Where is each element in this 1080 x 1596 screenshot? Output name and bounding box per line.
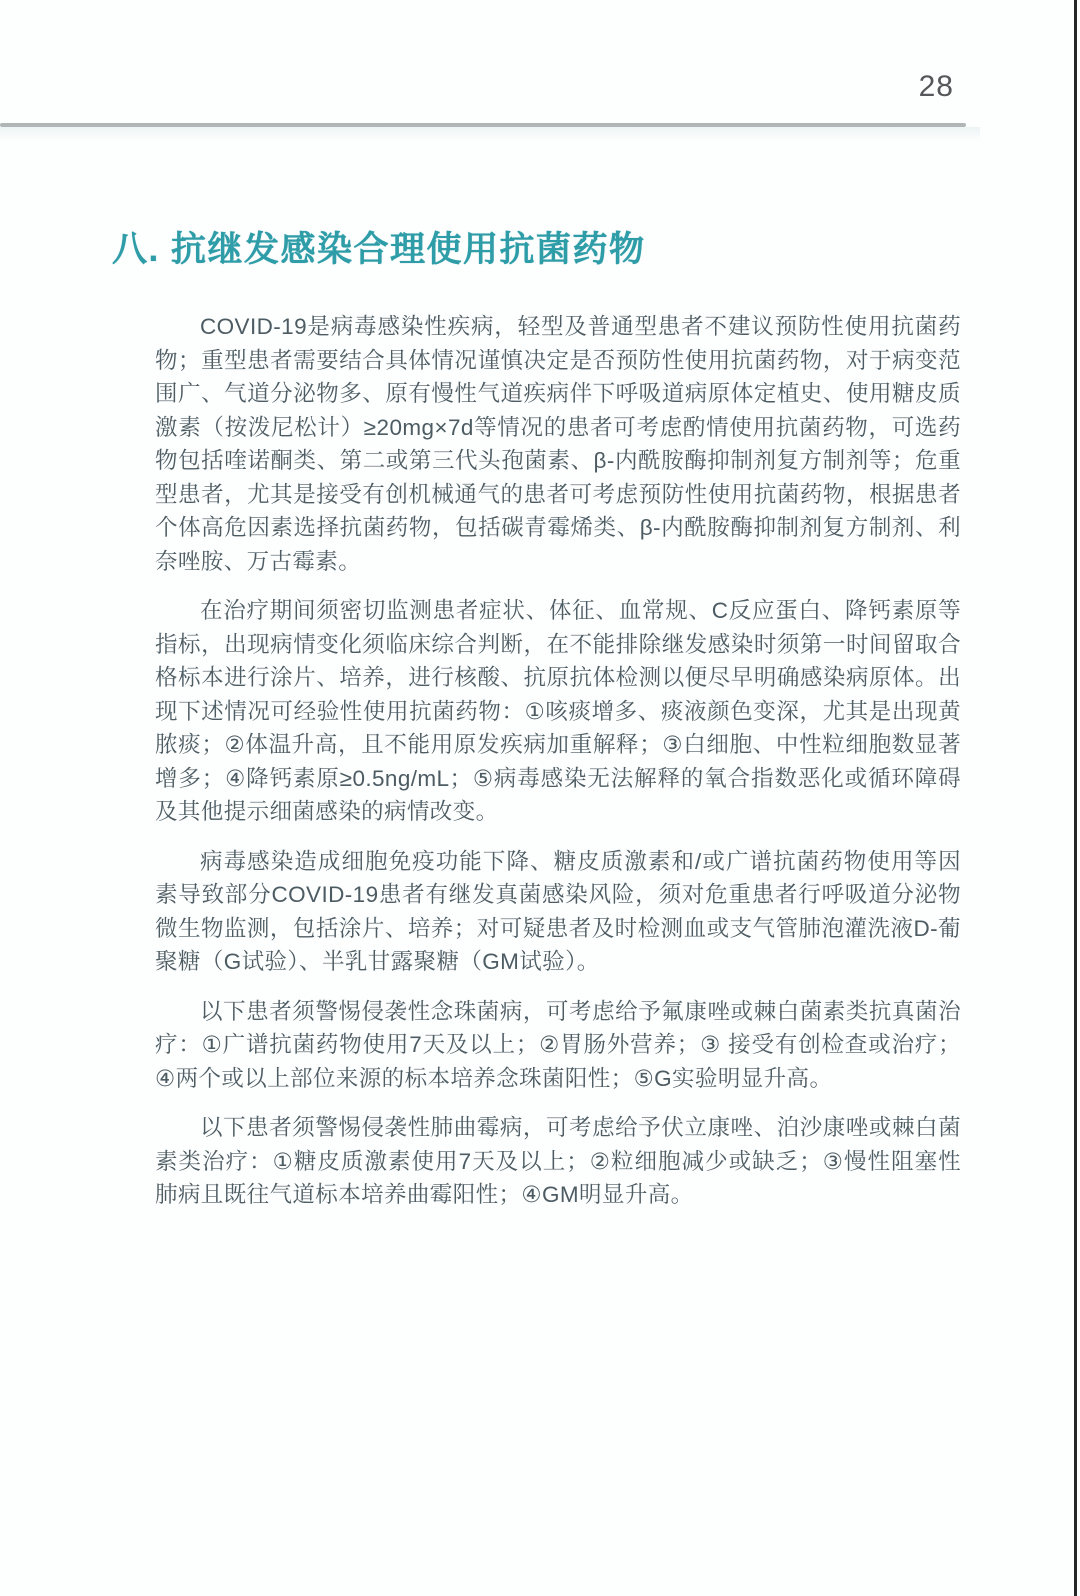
page-number: 28 bbox=[919, 70, 954, 104]
paragraph-fungal-infection-risk: 病毒感染造成细胞免疫功能下降、糖皮质激素和/或广谱抗菌药物使用等因素导致部分CO… bbox=[155, 845, 961, 979]
paragraph-monitoring-indicators: 在治疗期间须密切监测患者症状、体征、血常规、C反应蛋白、降钙素原等指标，出现病情… bbox=[155, 594, 961, 829]
scan-edge-line bbox=[1074, 0, 1077, 1596]
paragraph-antibiotic-prophylaxis: COVID-19是病毒感染性疾病，轻型及普通型患者不建议预防性使用抗菌药物；重型… bbox=[155, 310, 961, 578]
section-heading: 八. 抗继发感染合理使用抗菌药物 bbox=[112, 222, 645, 272]
document-page: 28 八. 抗继发感染合理使用抗菌药物 COVID-19是病毒感染性疾病，轻型及… bbox=[0, 0, 1080, 1596]
paragraph-aspergillosis-warning: 以下患者须警惕侵袭性肺曲霉病，可考虑给予伏立康唑、泊沙康唑或棘白菌素类治疗：①糖… bbox=[155, 1111, 961, 1212]
body-text: COVID-19是病毒感染性疾病，轻型及普通型患者不建议预防性使用抗菌药物；重型… bbox=[155, 310, 961, 1228]
header-rule-shadow bbox=[0, 127, 980, 141]
paragraph-candidiasis-warning: 以下患者须警惕侵袭性念珠菌病，可考虑给予氟康唑或棘白菌素类抗真菌治疗：①广谱抗菌… bbox=[155, 995, 961, 1096]
